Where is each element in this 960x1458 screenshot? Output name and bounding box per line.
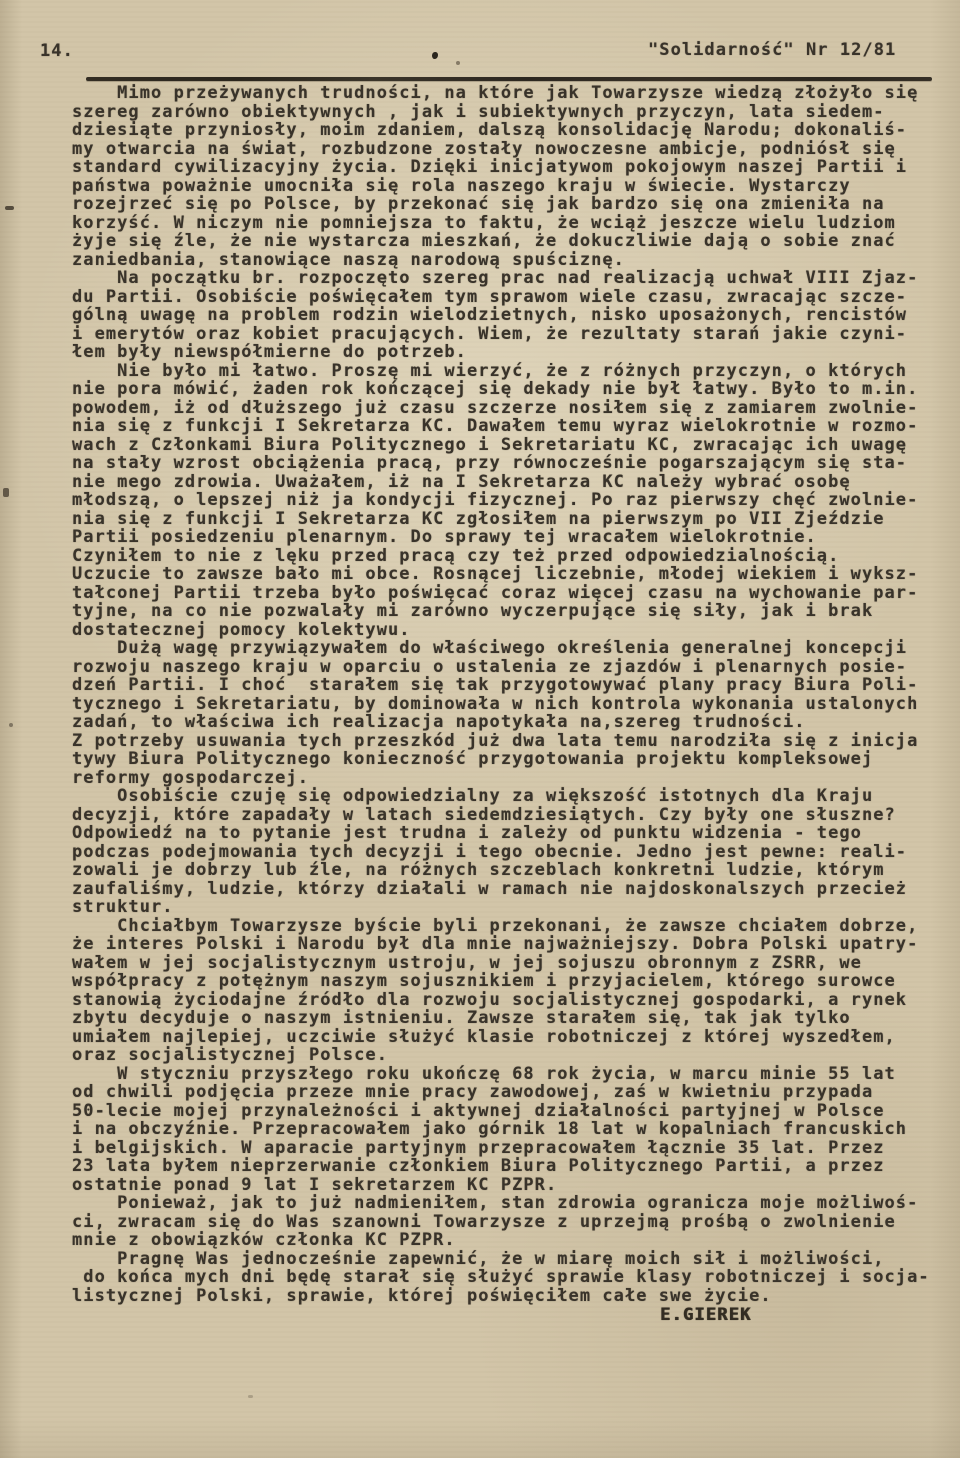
- text-line: tywy Biura Politycznego konieczność przy…: [72, 750, 934, 769]
- ink-speck-faint: [456, 61, 460, 65]
- text-line: Chciałbym Towarzysze byście byli przekon…: [72, 917, 934, 936]
- text-line: tałconej Partii trzeba było poświęcać co…: [72, 584, 934, 603]
- text-line: nie pora mówić, żaden rok kończącej się …: [72, 380, 934, 399]
- text-line: umiałem najlepiej, uczciwie służyć klasi…: [72, 1028, 934, 1047]
- text-line: zadań, to właściwa ich realizacja napoty…: [72, 713, 934, 732]
- text-line: wach z Członkami Biura Politycznego i Se…: [72, 436, 934, 455]
- page-number: 14.: [40, 41, 74, 61]
- text-line: wałem w jej socjalistycznym ustroju, w j…: [72, 954, 934, 973]
- ink-blot: [432, 52, 438, 59]
- text-line: Z potrzeby usuwania tych przeszkód już d…: [72, 732, 934, 751]
- text-line: listycznej Polski, sprawie, której poświ…: [72, 1287, 934, 1306]
- text-line: państwa poważnie umocniła się rola nasze…: [72, 177, 934, 196]
- text-line: Partii posiedzeniu plenarnym. Do sprawy …: [72, 528, 934, 547]
- header-rule: [86, 77, 932, 81]
- text-line: oraz socjalistycznej Polsce.: [72, 1046, 934, 1065]
- text-line: zbytu decyduje o naszym istnieniu. Zawsz…: [72, 1009, 934, 1028]
- text-line: Dużą wagę przywiązywałem do właściwego o…: [72, 639, 934, 658]
- ink-speck: [3, 488, 9, 497]
- text-line: 23 lata byłem nieprzerwanie członkiem Bi…: [72, 1157, 934, 1176]
- text-line: Czyniłem to nie z lęku przed pracą czy t…: [72, 547, 934, 566]
- ink-speck: [5, 206, 14, 210]
- text-line: nia się z funkcji I Sekretarza KC. Dawał…: [72, 417, 934, 436]
- text-line: powodem, iż od dłuższego już czasu szcze…: [72, 399, 934, 418]
- text-line: ostatnie ponad 9 lat I sekretarzem KC PZ…: [72, 1176, 934, 1195]
- text-line: W styczniu przyszłego roku ukończę 68 ro…: [72, 1065, 934, 1084]
- publication-header: "Solidarność" Nr 12/81: [648, 40, 896, 60]
- text-line: Uczucie to zawsze bało mi obce. Rosnącej…: [72, 565, 934, 584]
- text-line: szereg zarówno obiektywnych , jak i subi…: [72, 103, 934, 122]
- text-line: standard cywilizacyjny życia. Dzięki ini…: [72, 158, 934, 177]
- text-line: i emerytów oraz kobiet pracujących. Wiem…: [72, 325, 934, 344]
- signature: E.GIEREK: [660, 1305, 751, 1325]
- text-line: decyzji, które zapadały w latach siedemd…: [72, 806, 934, 825]
- text-line: Pragnę Was jednocześnie zapewnić, że w m…: [72, 1250, 934, 1269]
- text-line: podczas podejmowania tych decyzji i tego…: [72, 843, 934, 862]
- text-line: zowali je dobrzy lub źle, na różnych szc…: [72, 861, 934, 880]
- ink-speck: [248, 1395, 253, 1398]
- text-line: korzyść. W niczym nie pomniejsza to fakt…: [72, 214, 934, 233]
- text-line: stanowią życiodajne źródło dla rozwoju s…: [72, 991, 934, 1010]
- text-line: struktur.: [72, 898, 934, 917]
- text-line: dziesiąte przyniosły, moim zdaniem, dals…: [72, 121, 934, 140]
- text-line: tyjne, na co nie pozwalały mi zarówno wy…: [72, 602, 934, 621]
- text-line: du Partii. Osobiście poświęcałem tym spr…: [72, 288, 934, 307]
- text-line: nie mego zdrowia. Uważałem, iż na I Sekr…: [72, 473, 934, 492]
- text-line: do końca mych dni będę starał się służyć…: [72, 1268, 934, 1287]
- text-line: młodszą, o lepszej niż ja kondycji fizyc…: [72, 491, 934, 510]
- text-line: Nie było mi łatwo. Proszę mi wierzyć, że…: [72, 362, 934, 381]
- text-line: reformy gospodarczej.: [72, 769, 934, 788]
- text-line: od chwili podjęcia przeze mnie pracy zaw…: [72, 1083, 934, 1102]
- text-line: nia się z funkcji I Sekretarza KC zgłosi…: [72, 510, 934, 529]
- text-line: Odpowiedź na to pytanie jest trudna i za…: [72, 824, 934, 843]
- text-line: dzeń Partii. I choć starałem się tak prz…: [72, 676, 934, 695]
- text-line: żyje się źle, że nie wystarcza mieszkań,…: [72, 232, 934, 251]
- text-line: rozejrzeć się po Polsce, by przekonać si…: [72, 195, 934, 214]
- letter-body: Mimo przeżywanych trudności, na które ja…: [72, 84, 934, 1305]
- ink-speck: [9, 723, 13, 727]
- text-line: że interes Polski i Narodu był dla mnie …: [72, 935, 934, 954]
- text-line: Mimo przeżywanych trudności, na które ja…: [72, 84, 934, 103]
- text-line: rozwoju naszego kraju w oparciu o ustale…: [72, 658, 934, 677]
- text-line: Na początku br. rozpoczęto szereg prac n…: [72, 269, 934, 288]
- text-line: łem były niewspółmierne do potrzeb.: [72, 343, 934, 362]
- text-line: Osobiście czuję się odpowiedzialny za wi…: [72, 787, 934, 806]
- text-line: gólną uwagę na problem rodzin wielodziet…: [72, 306, 934, 325]
- text-line: współpracy z potężnym naszym sojusznikie…: [72, 972, 934, 991]
- text-line: Ponieważ, jak to już nadmieniłem, stan z…: [72, 1194, 934, 1213]
- text-line: ci, zwracam się do Was szanowni Towarzys…: [72, 1213, 934, 1232]
- scanned-document-page: 14. "Solidarność" Nr 12/81 Mimo przeżywa…: [0, 0, 960, 1458]
- text-line: zaniedbania, stanowiące naszą narodową s…: [72, 251, 934, 270]
- text-line: tycznego i Sekretariatu, by dominowała w…: [72, 695, 934, 714]
- text-line: dostatecznej pomocy kolektywu.: [72, 621, 934, 640]
- text-line: zaufaliśmy, ludzie, którzy działali w ra…: [72, 880, 934, 899]
- text-line: mnie z obowiązków członka KC PZPR.: [72, 1231, 934, 1250]
- text-line: my otwarcia na świat, rozbudzone zostały…: [72, 140, 934, 159]
- text-line: na stały wzrost obciążenia pracą, przy r…: [72, 454, 934, 473]
- text-line: i belgijskich. W aparacie partyjnym prze…: [72, 1139, 934, 1158]
- text-line: i na obczyźnie. Przepracowałem jako górn…: [72, 1120, 934, 1139]
- text-line: 50-lecie mojej przynależności i aktywnej…: [72, 1102, 934, 1121]
